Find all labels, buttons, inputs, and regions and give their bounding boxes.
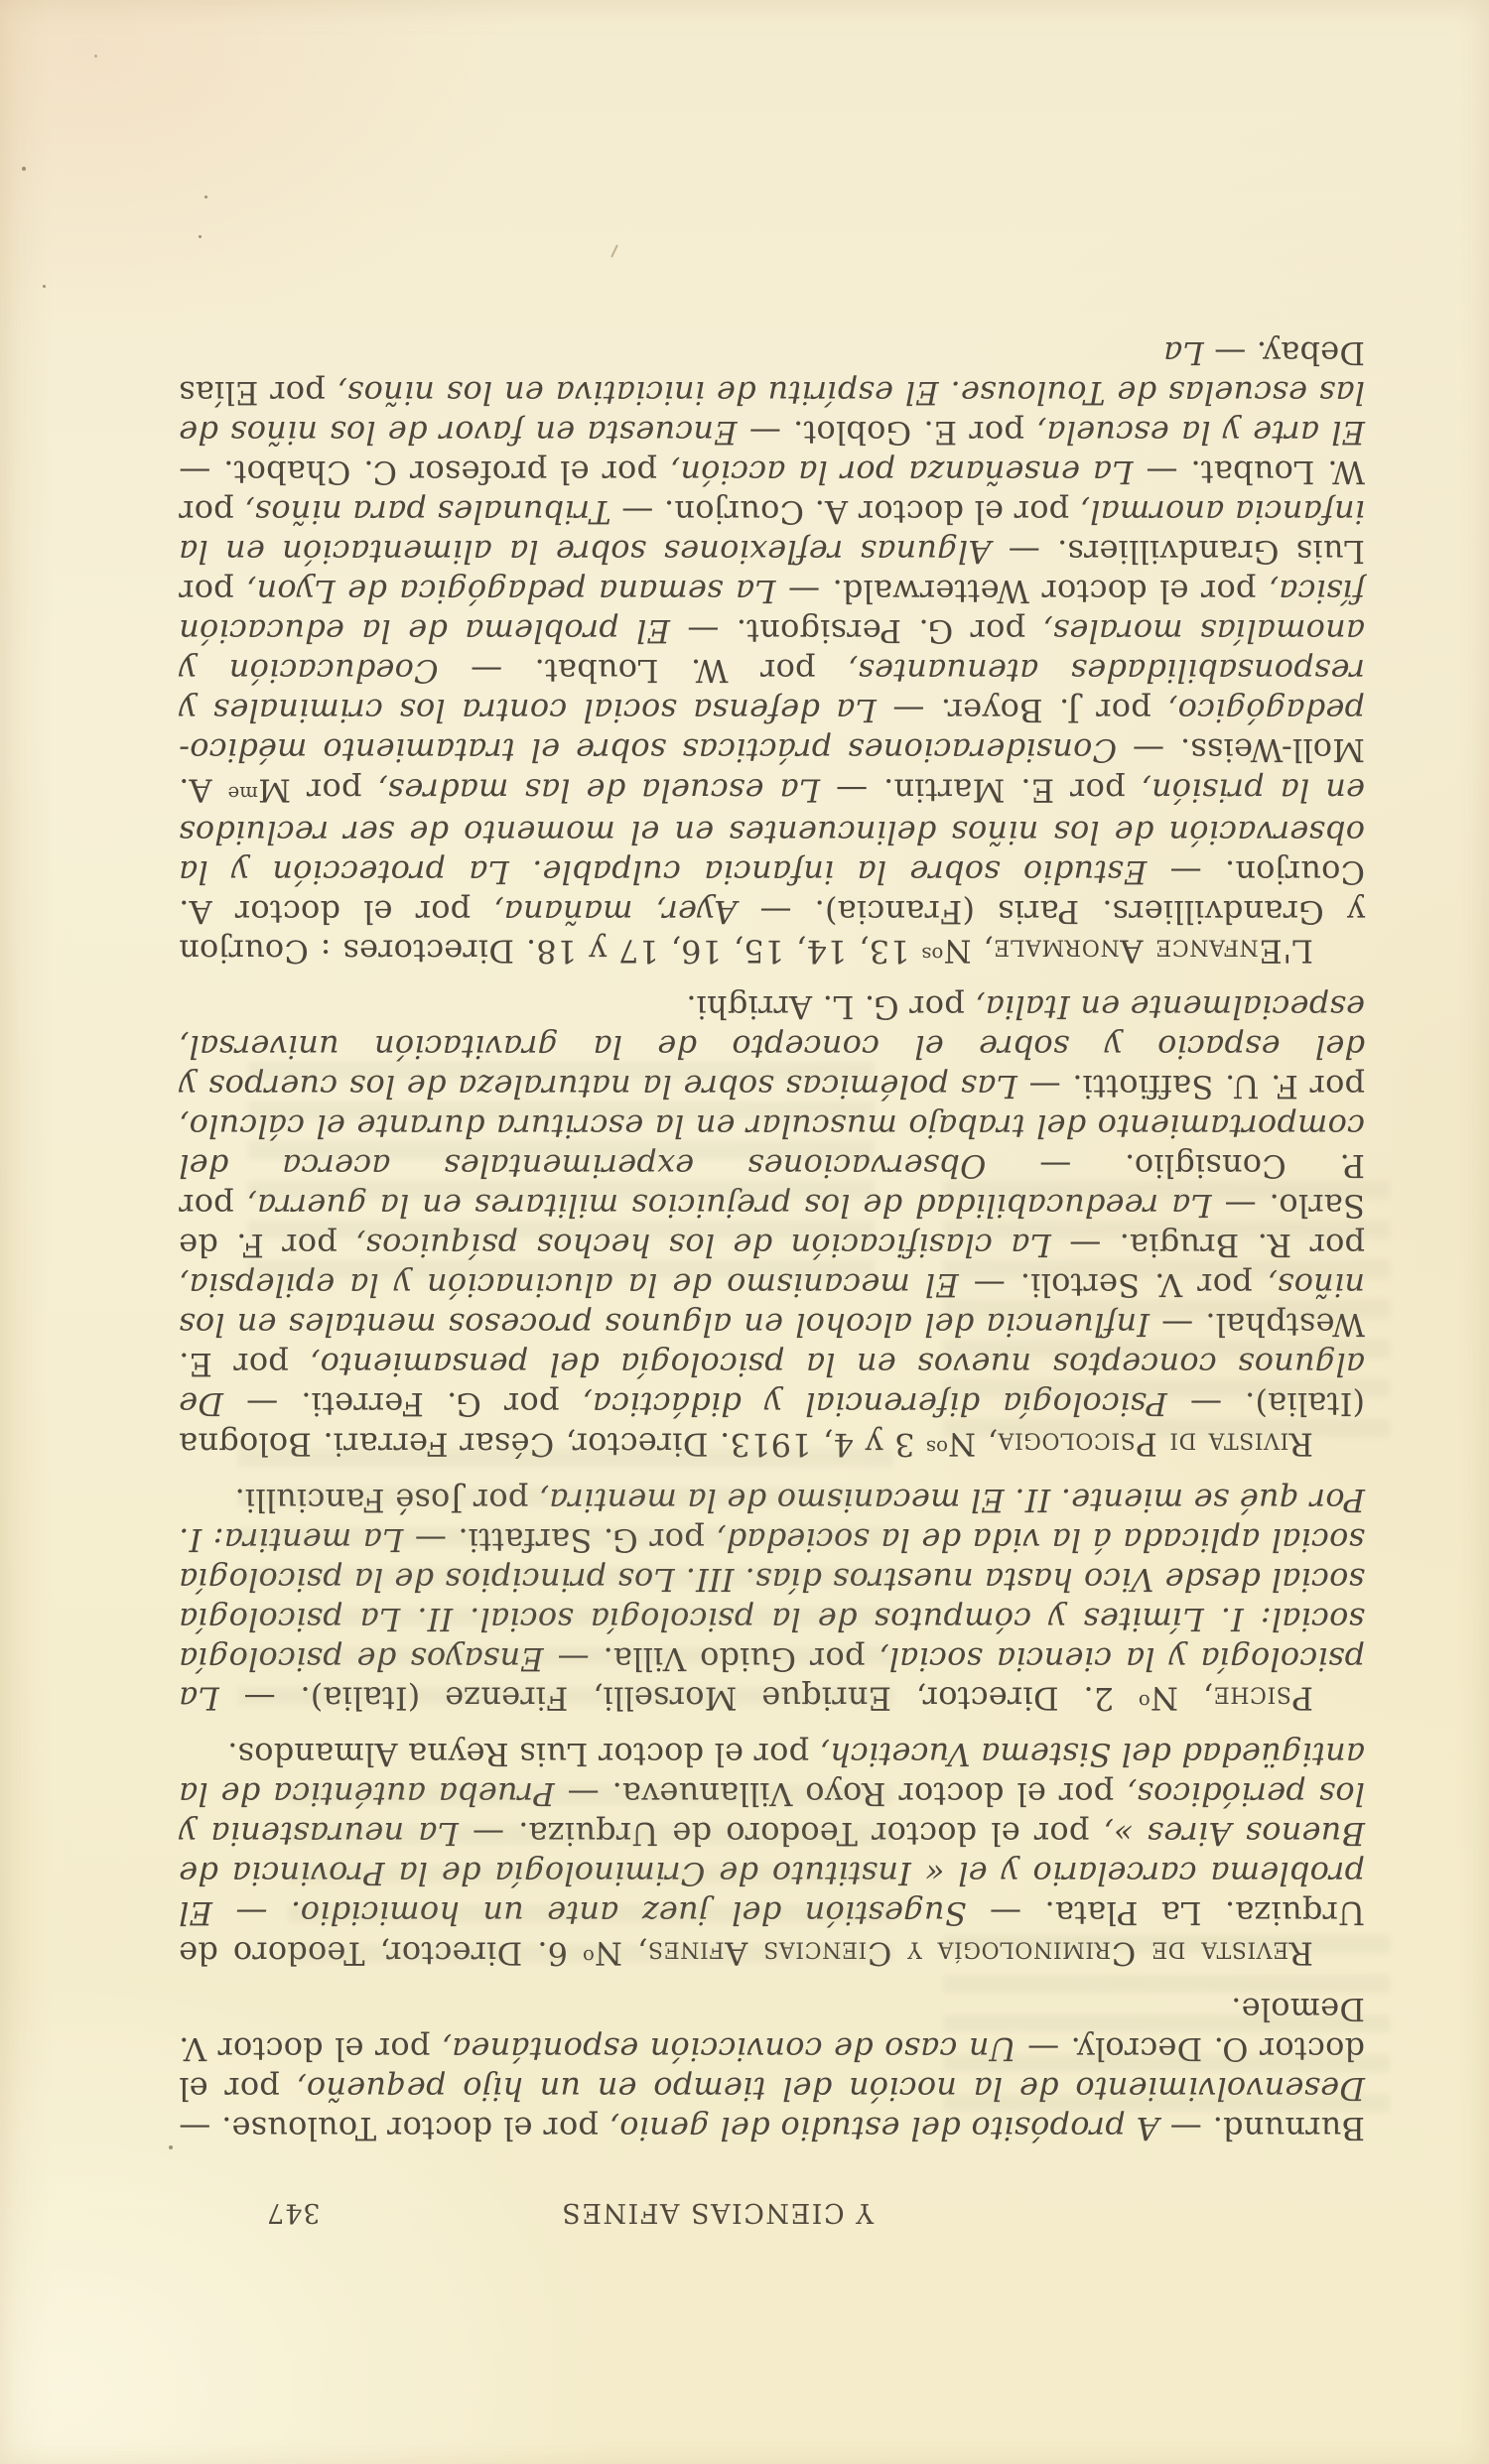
text-segment-sup: o <box>583 1945 595 1968</box>
scanned-book-page: Y CIENCIAS AFINES 347 Burnund. — A propó… <box>0 0 1489 2464</box>
text-segment-italic: La enseñanza por la acción, <box>657 454 1134 491</box>
text-segment-roman: por W. Loubat. — <box>439 652 816 690</box>
text-segment-roman: por F. U. Saffiotti. — <box>1017 1068 1365 1105</box>
running-header-title: Y CIENCIAS AFINES <box>561 2197 874 2228</box>
text-segment-roman: por R. Brugia. — <box>1051 1227 1365 1264</box>
text-segment-roman: por G. Ferreti. — <box>223 1385 559 1423</box>
text-segment-roman: por G. Persigont. — <box>670 612 1025 650</box>
paragraph: Revista de Criminología y Ciencias Afine… <box>179 1735 1365 1976</box>
text-segment-italic: La clasificación de los hechos psíquicos… <box>338 1227 1051 1264</box>
text-segment-roman: 2. Director, Enrique Morselli, Firenze (… <box>219 1680 1139 1718</box>
text-segment-italic: La reeducabilidad de los prejuicios mili… <box>234 1187 1212 1225</box>
text-segment-sup: os <box>921 943 943 966</box>
text-block: Burnund. — A propósito del estudio del g… <box>179 333 1365 2148</box>
text-segment-roman: por el doctor Royo Villanueva. — <box>555 1775 1114 1813</box>
text-segment-italic: Tribunales para niños, <box>234 493 611 531</box>
text-segment-italic: A propósito del estudio del genio, <box>599 2110 1159 2147</box>
text-segment-roman: por el doctor Teodoro de Urquiza. — <box>459 1815 1090 1853</box>
text-segment-italic: La escuela de las madres, <box>361 771 820 809</box>
text-segment-roman: , N <box>943 933 993 971</box>
text-segment-smallcaps: Revista de Criminología y Ciencias Afine… <box>647 1934 1313 1972</box>
text-segment-roman: por el profesor C. Chabot. — <box>179 454 657 491</box>
text-segment-roman: por el doctor Toulouse. — <box>179 2110 599 2147</box>
text-segment-italic: Desenvolvimiento de la noción del tiempo… <box>280 2070 1365 2108</box>
text-segment-roman: por José Fanciulli. <box>234 1482 528 1519</box>
paragraph: Psiche, No 2. Director, Enrique Morselli… <box>179 1481 1365 1722</box>
text-segment-roman: Burnund. — <box>1159 2110 1365 2147</box>
text-segment-italic: Psicología diferencial y didáctica, <box>559 1385 1166 1423</box>
text-segment-roman: por E. Goblot. — <box>738 414 1024 452</box>
running-header: Y CIENCIAS AFINES 347 <box>179 2192 1365 2228</box>
text-segment-roman: , N <box>1151 1680 1213 1718</box>
text-segment-roman: por M <box>258 771 361 809</box>
text-segment-italic: La semana pedagógica de Lyon, <box>234 573 776 610</box>
paragraph: L'Enfance Anormale, Nos 13, 14, 15, 16, … <box>179 333 1365 973</box>
text-segment-roman: por G. Sarfatti. — <box>403 1521 704 1559</box>
text-segment-roman: por el doctor Wetterwald. — <box>776 573 1257 610</box>
text-segment-roman: , N <box>948 1425 998 1463</box>
text-segment-roman: por Guido Villa. — <box>544 1640 866 1678</box>
text-segment-italic: Ayer, mañana, <box>471 893 737 931</box>
text-segment-roman: por el doctor Luis Reyna Almandos. <box>227 1736 809 1773</box>
text-segment-sup: os <box>926 1436 948 1459</box>
paragraph: Burnund. — A propósito del estudio del g… <box>179 1990 1365 2148</box>
text-segment-smallcaps: Rivista di Psicologia <box>998 1425 1313 1463</box>
text-segment-smallcaps: L'Enfance Anormale <box>994 933 1313 971</box>
paragraph: Rivista di Psicologia, Nos 3 y 4, 1913. … <box>179 987 1365 1467</box>
text-segment-sup: o <box>1139 1690 1151 1713</box>
text-segment-sup: me <box>227 782 258 805</box>
text-segment-roman: por G. L. Arrighi. <box>686 988 965 1026</box>
text-segment-italic: El mecanismo de la alucinación y la epil… <box>179 1266 959 1304</box>
text-segment-italic: La <box>1163 334 1204 372</box>
text-segment-italic: Un caso de convicción espontánea, <box>430 2030 1015 2068</box>
text-segment-roman: por V. Sertoli. — <box>959 1266 1253 1304</box>
page-content-rotated-180: Y CIENCIAS AFINES 347 Burnund. — A propó… <box>0 0 1489 2464</box>
text-segment-roman: por el doctor A. Courjon. — <box>611 493 1070 531</box>
text-segment-italic: El arte y la escuela, <box>1024 414 1365 452</box>
text-segment-roman: por E. Martin. — <box>820 771 1125 809</box>
page-number: 347 <box>266 2197 321 2228</box>
text-segment-roman: por J. Boyer. — <box>877 692 1151 729</box>
text-segment-smallcaps: Psiche <box>1213 1680 1313 1718</box>
text-segment-roman: , N <box>595 1934 647 1972</box>
